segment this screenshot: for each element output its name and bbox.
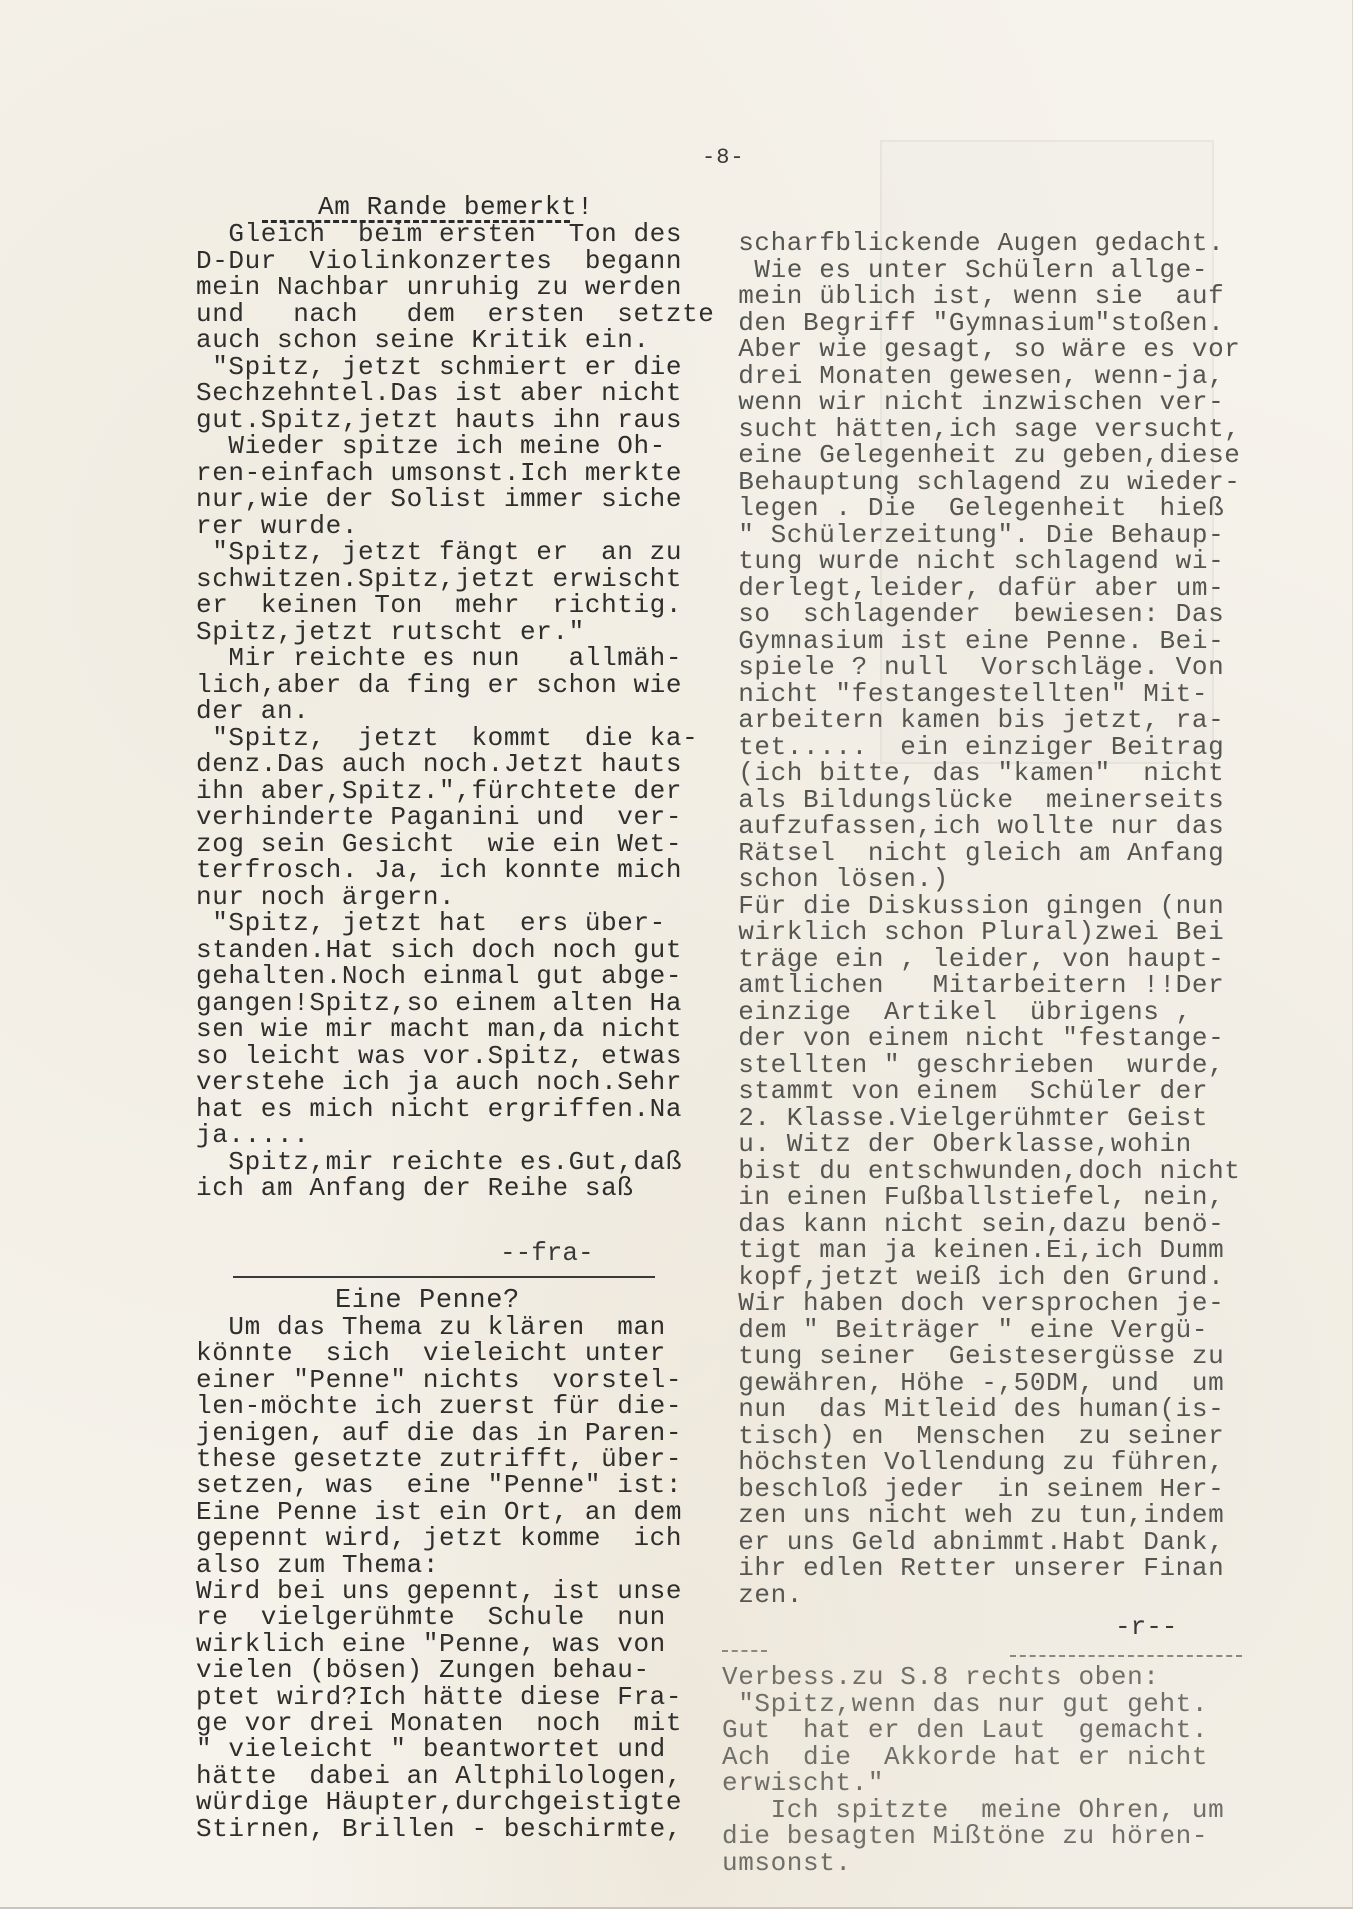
text-line: Ach die Akkorde hat er nicht (722, 1744, 1208, 1770)
text-line: " vieleicht " beantwortet und (196, 1736, 666, 1762)
text-line: umsonst. (722, 1850, 852, 1876)
text-line: scharfblickende Augen gedacht. (722, 230, 1224, 256)
text-line: dem " Beiträger " eine Vergü- (722, 1317, 1208, 1343)
text-line: spiele ? null Vorschläge. Von (722, 654, 1224, 680)
text-line: jenigen, auf die das in Paren- (196, 1420, 682, 1446)
text-line: stammt von einem Schüler der (722, 1078, 1208, 1104)
text-line: hätte dabei an Altphilologen, (196, 1763, 682, 1789)
text-line: Für die Diskussion gingen (nun (722, 893, 1224, 919)
text-line: standen.Hat sich doch noch gut (196, 937, 682, 963)
text-line: Mir reichte es nun allmäh- (196, 645, 682, 671)
text-line: tung wurde nicht schlagend wi- (722, 548, 1224, 574)
text-line: der von einem nicht "festange- (722, 1025, 1224, 1051)
text-line: gewähren, Höhe -,50DM, und um (722, 1370, 1224, 1396)
section-divider-right-b (1010, 1655, 1242, 1657)
text-line: eine Gelegenheit zu geben,diese (722, 442, 1240, 468)
text-line: (ich bitte, das "kamen" nicht (722, 760, 1224, 786)
text-line: Wieder spitze ich meine Oh- (196, 433, 666, 459)
text-line: höchsten Vollendung zu führen, (722, 1449, 1224, 1475)
text-line: D-Dur Violinkonzertes begann (196, 248, 682, 274)
text-line: wirklich eine "Penne, was von (196, 1631, 666, 1657)
text-line: Wie es unter Schülern allge- (722, 257, 1208, 283)
text-line: setzen, was eine "Penne" ist: (196, 1472, 682, 1498)
text-line: ren-einfach umsonst.Ich merkte (196, 460, 682, 486)
text-line: Spitz,mir reichte es.Gut,daß (196, 1149, 682, 1175)
text-line: tet..... ein einziger Beitrag (722, 734, 1224, 760)
page-number: -8- (702, 145, 745, 170)
text-line: gangen!Spitz,so einem alten Ha (196, 990, 682, 1016)
text-line: Eine Penne ist ein Ort, an dem (196, 1499, 682, 1525)
text-line: derlegt,leider, dafür aber um- (722, 575, 1224, 601)
text-line: Ich spitzte meine Ohren, um (722, 1797, 1224, 1823)
text-line: erwischt." (722, 1770, 884, 1796)
text-line: nicht "festangestellten" Mit- (722, 681, 1208, 707)
section-divider-left (233, 1276, 655, 1278)
text-line: " Schülerzeitung". Die Behaup- (722, 522, 1224, 548)
text-line: er uns Geld abnimmt.Habt Dank, (722, 1529, 1224, 1555)
text-line: re vielgerühmte Schule nun (196, 1604, 666, 1630)
text-line: ich am Anfang der Reihe saß (196, 1175, 633, 1201)
text-line: also zum Thema: (196, 1552, 439, 1578)
text-line: Gut hat er den Laut gemacht. (722, 1717, 1208, 1743)
text-line: verstehe ich ja auch noch.Sehr (196, 1069, 682, 1095)
text-line: nun das Mitleid des human(is- (722, 1396, 1224, 1422)
text-line: mein Nachbar unruhig zu werden (196, 274, 682, 300)
text-line: die besagten Mißtöne zu hören- (722, 1823, 1208, 1849)
text-line: Wir haben doch versprochen je- (722, 1290, 1224, 1316)
section-divider-right-a (722, 1650, 767, 1652)
text-line: Behauptung schlagend zu wieder- (722, 469, 1240, 495)
text-line: u. Witz der Oberklasse,wohin (722, 1131, 1192, 1157)
text-line: kopf,jetzt weiß ich den Grund. (722, 1264, 1224, 1290)
text-line: der an. (196, 698, 309, 724)
text-line: und nach dem ersten setzte (196, 301, 714, 327)
text-line: vielen (bösen) Zungen behau- (196, 1657, 650, 1683)
text-line: gut.Spitz,jetzt hauts ihn raus (196, 407, 682, 433)
text-line: hat es mich nicht ergriffen.Na (196, 1096, 682, 1122)
text-line: Gymnasium ist eine Penne. Bei- (722, 628, 1224, 654)
article-title-am-rande: Am Rande bemerkt! (318, 194, 593, 220)
text-line: schon lösen.) (722, 866, 949, 892)
text-line: ihr edlen Retter unserer Finan (722, 1555, 1224, 1581)
signature-fra: --fra- (500, 1240, 594, 1266)
text-line: these gesetzte zutrifft, über- (196, 1446, 682, 1472)
text-line: so schlagender bewiesen: Das (722, 601, 1224, 627)
text-line: einzige Artikel übrigens , (722, 999, 1192, 1025)
text-line: den Begriff "Gymnasium"stoßen. (722, 310, 1224, 336)
text-line: würdige Häupter,durchgeistigte (196, 1789, 682, 1815)
text-line: sucht hätten,ich sage versucht, (722, 416, 1240, 442)
text-line: so leicht was vor.Spitz, etwas (196, 1043, 682, 1069)
text-line: amtlichen Mitarbeitern !!Der (722, 972, 1224, 998)
text-line: len-möchte ich zuerst für die- (196, 1393, 682, 1419)
text-line: ge vor drei Monaten noch mit (196, 1710, 682, 1736)
text-line: tung seiner Geistesergüsse zu (722, 1343, 1224, 1369)
text-line: schwitzen.Spitz,jetzt erwischt (196, 566, 682, 592)
text-line: "Spitz, jetzt hat ers über- (196, 910, 666, 936)
text-line: Rätsel nicht gleich am Anfang (722, 840, 1224, 866)
text-line: Spitz,jetzt rutscht er." (196, 619, 585, 645)
text-line: bist du entschwunden,doch nicht (722, 1158, 1240, 1184)
text-line: Verbess.zu S.8 rechts oben: (722, 1664, 1159, 1690)
text-line: einer "Penne" nichts vorstel- (196, 1367, 682, 1393)
text-line: nur noch ärgern. (196, 884, 455, 910)
text-line: 2. Klasse.Vielgerühmter Geist (722, 1105, 1208, 1131)
text-line: terfrosch. Ja, ich konnte mich (196, 857, 682, 883)
text-line: ptet wird?Ich hätte diese Fra- (196, 1684, 682, 1710)
text-line: Wird bei uns gepennt, ist unse (196, 1578, 682, 1604)
text-line: wenn wir nicht inzwischen ver- (722, 389, 1224, 415)
text-line: könnte sich vieleicht unter (196, 1340, 666, 1366)
text-line: ja..... (196, 1122, 309, 1148)
text-line: drei Monaten gewesen, wenn-ja, (722, 363, 1224, 389)
text-line: träge ein , leider, von haupt- (722, 946, 1224, 972)
text-line: rer wurde. (196, 513, 358, 539)
text-line: denz.Das auch noch.Jetzt hauts (196, 751, 682, 777)
text-line: legen . Die Gelegenheit hieß (722, 495, 1224, 521)
text-line: tisch) en Menschen zu seiner (722, 1423, 1224, 1449)
text-line: Um das Thema zu klären man (196, 1314, 666, 1340)
text-line: in einen Fußballstiefel, nein, (722, 1184, 1224, 1210)
text-line: nur,wie der Solist immer siche (196, 486, 682, 512)
text-line: sen wie mir macht man,da nicht (196, 1016, 682, 1042)
text-line: Aber wie gesagt, so wäre es vor (722, 336, 1240, 362)
signature-r: -r-- (1115, 1614, 1177, 1640)
text-line: ihn aber,Spitz.",fürchtete der (196, 778, 682, 804)
text-line: "Spitz, jetzt kommt die ka- (196, 725, 698, 751)
text-line: aufzufassen,ich wollte nur das (722, 813, 1224, 839)
text-line: das kann nicht sein,dazu benö- (722, 1211, 1224, 1237)
text-line: stellten " geschrieben wurde, (722, 1052, 1224, 1078)
text-line: lich,aber da fing er schon wie (196, 672, 682, 698)
text-line: Sechzehntel.Das ist aber nicht (196, 380, 682, 406)
text-line: gehalten.Noch einmal gut abge- (196, 963, 682, 989)
text-line: mein üblich ist, wenn sie auf (722, 283, 1224, 309)
text-line: zen uns nicht weh zu tun,indem (722, 1502, 1224, 1528)
text-line: beschloß jeder in seinem Her- (722, 1476, 1224, 1502)
text-line: "Spitz, jetzt schmiert er die (196, 354, 682, 380)
text-line: als Bildungslücke meinerseits (722, 787, 1224, 813)
text-line: tigt man ja keinen.Ei,ich Dumm (722, 1237, 1224, 1263)
text-line: arbeitern kamen bis jetzt, ra- (722, 707, 1224, 733)
text-line: "Spitz,wenn das nur gut geht. (722, 1691, 1208, 1717)
text-line: verhinderte Paganini und ver- (196, 804, 682, 830)
text-line: wirklich schon Plural)zwei Bei (722, 919, 1224, 945)
text-line: gepennt wird, jetzt komme ich (196, 1525, 682, 1551)
article-title-eine-penne: Eine Penne? (335, 1288, 520, 1314)
text-line: "Spitz, jetzt fängt er an zu (196, 539, 682, 565)
text-line: Stirnen, Brillen - beschirmte, (196, 1816, 682, 1842)
text-line: Gleich beim ersten Ton des (196, 221, 682, 247)
text-line: er keinen Ton mehr richtig. (196, 592, 682, 618)
text-line: zog sein Gesicht wie ein Wet- (196, 831, 682, 857)
text-line: auch schon seine Kritik ein. (196, 327, 650, 353)
text-line: zen. (722, 1582, 803, 1608)
